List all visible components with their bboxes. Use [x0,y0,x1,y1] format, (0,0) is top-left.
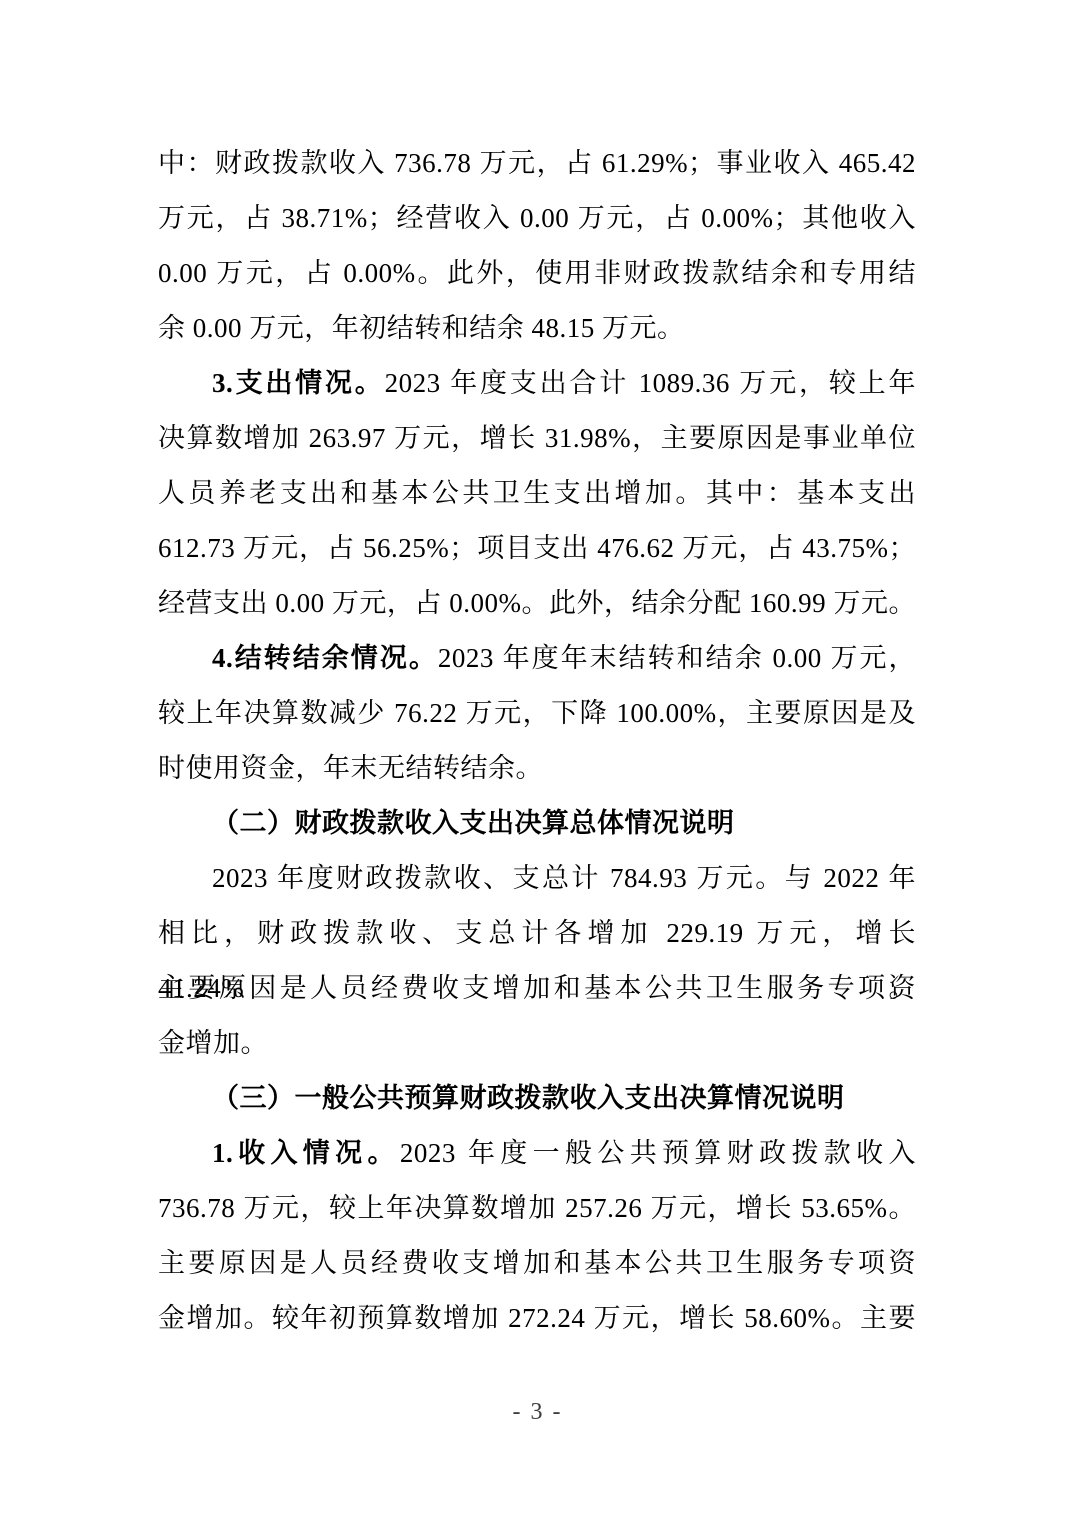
body-line: 736.78 万元，较上年决算数增加 257.26 万元，增长 53.65%。 [158,1181,916,1236]
body-line: 万元，占 38.71%；经营收入 0.00 万元，占 0.00%；其他收入 [158,191,916,246]
body-line-text: 万元，占 38.71%；经营收入 0.00 万元，占 0.00%；其他收入 [158,203,916,233]
body-line: 2023 年度财政拨款收、支总计 784.93 万元。与 2022 年 [158,851,916,906]
body-line: 612.73 万元，占 56.25%；项目支出 476.62 万元，占 43.7… [158,521,916,576]
page-number: - 3 - [0,1392,1075,1432]
body-line: 3.支出情况。2023 年度支出合计 1089.36 万元，较上年 [158,356,916,411]
body-line-text: 2023 年度年末结转和结余 0.00 万元， [438,643,916,673]
body-line: 时使用资金，年末无结转结余。 [158,741,916,796]
section-heading-text: （三）一般公共预算财政拨款收入支出决算情况说明 [212,1083,845,1113]
body-line: 经营支出 0.00 万元，占 0.00%。此外，结余分配 160.99 万元。 [158,576,916,631]
body-line: 主要原因是人员经费收支增加和基本公共卫生服务专项资 [158,961,916,1016]
body-line-text: 中：财政拨款收入 736.78 万元，占 61.29%；事业收入 465.42 [158,148,916,178]
body-line-text: 金增加。 [158,1028,268,1058]
body-line-text: 时使用资金，年末无结转结余。 [158,753,543,783]
inline-heading-expenditure: 3.支出情况。 [212,368,385,398]
body-line: 决算数增加 263.97 万元，增长 31.98%，主要原因是事业单位 [158,411,916,466]
body-line-text: 主要原因是人员经费收支增加和基本公共卫生服务专项资 [158,973,916,1003]
body-line-text: 主要原因是人员经费收支增加和基本公共卫生服务专项资 [158,1248,916,1278]
document-page: 中：财政拨款收入 736.78 万元，占 61.29%；事业收入 465.42 … [0,0,1075,1520]
body-line: 1.收入情况。2023 年度一般公共预算财政拨款收入 [158,1126,916,1181]
body-line: 中：财政拨款收入 736.78 万元，占 61.29%；事业收入 465.42 [158,136,916,191]
body-line: 0.00 万元，占 0.00%。此外，使用非财政拨款结余和专用结 [158,246,916,301]
body-line-text: 余 0.00 万元，年初结转和结余 48.15 万元。 [158,313,685,343]
body-line: 金增加。较年初预算数增加 272.24 万元，增长 58.60%。主要 [158,1291,916,1346]
body-line: 余 0.00 万元，年初结转和结余 48.15 万元。 [158,301,916,356]
body-line: 主要原因是人员经费收支增加和基本公共卫生服务专项资 [158,1236,916,1291]
section-heading-2: （二）财政拨款收入支出决算总体情况说明 [158,796,916,851]
body-line-text: 决算数增加 263.97 万元，增长 31.98%，主要原因是事业单位 [158,423,916,453]
body-line: 人员养老支出和基本公共卫生支出增加。其中：基本支出 [158,466,916,521]
body-line-text: 较上年决算数减少 76.22 万元，下降 100.00%，主要原因是及 [158,698,916,728]
body-line-text: 2023 年度财政拨款收、支总计 784.93 万元。与 2022 年 [212,863,916,893]
body-line: 金增加。 [158,1016,916,1071]
body-line-text: 2023 年度支出合计 1089.36 万元，较上年 [385,368,916,398]
body-line: 较上年决算数减少 76.22 万元，下降 100.00%，主要原因是及 [158,686,916,741]
body-line-text: 人员养老支出和基本公共卫生支出增加。其中：基本支出 [158,478,916,508]
inline-heading-income: 1.收入情况。 [212,1138,400,1168]
section-heading-3: （三）一般公共预算财政拨款收入支出决算情况说明 [158,1071,916,1126]
body-line-text: 金增加。较年初预算数增加 272.24 万元，增长 58.60%。主要 [158,1303,916,1333]
body-line-text: 2023 年度一般公共预算财政拨款收入 [400,1138,916,1168]
inline-heading-carryover: 4.结转结余情况。 [212,643,438,673]
body-line-text: 经营支出 0.00 万元，占 0.00%。此外，结余分配 160.99 万元。 [158,588,916,618]
section-heading-text: （二）财政拨款收入支出决算总体情况说明 [212,808,735,838]
body-line-text: 736.78 万元，较上年决算数增加 257.26 万元，增长 53.65%。 [158,1193,916,1223]
body-line: 相比，财政拨款收、支总计各增加 229.19 万元，增长 41.24%。 [158,906,916,961]
document-body: 中：财政拨款收入 736.78 万元，占 61.29%；事业收入 465.42 … [158,136,916,1346]
body-line-text: 0.00 万元，占 0.00%。此外，使用非财政拨款结余和专用结 [158,258,916,288]
body-line-text: 612.73 万元，占 56.25%；项目支出 476.62 万元，占 43.7… [158,533,916,563]
body-line: 4.结转结余情况。2023 年度年末结转和结余 0.00 万元， [158,631,916,686]
